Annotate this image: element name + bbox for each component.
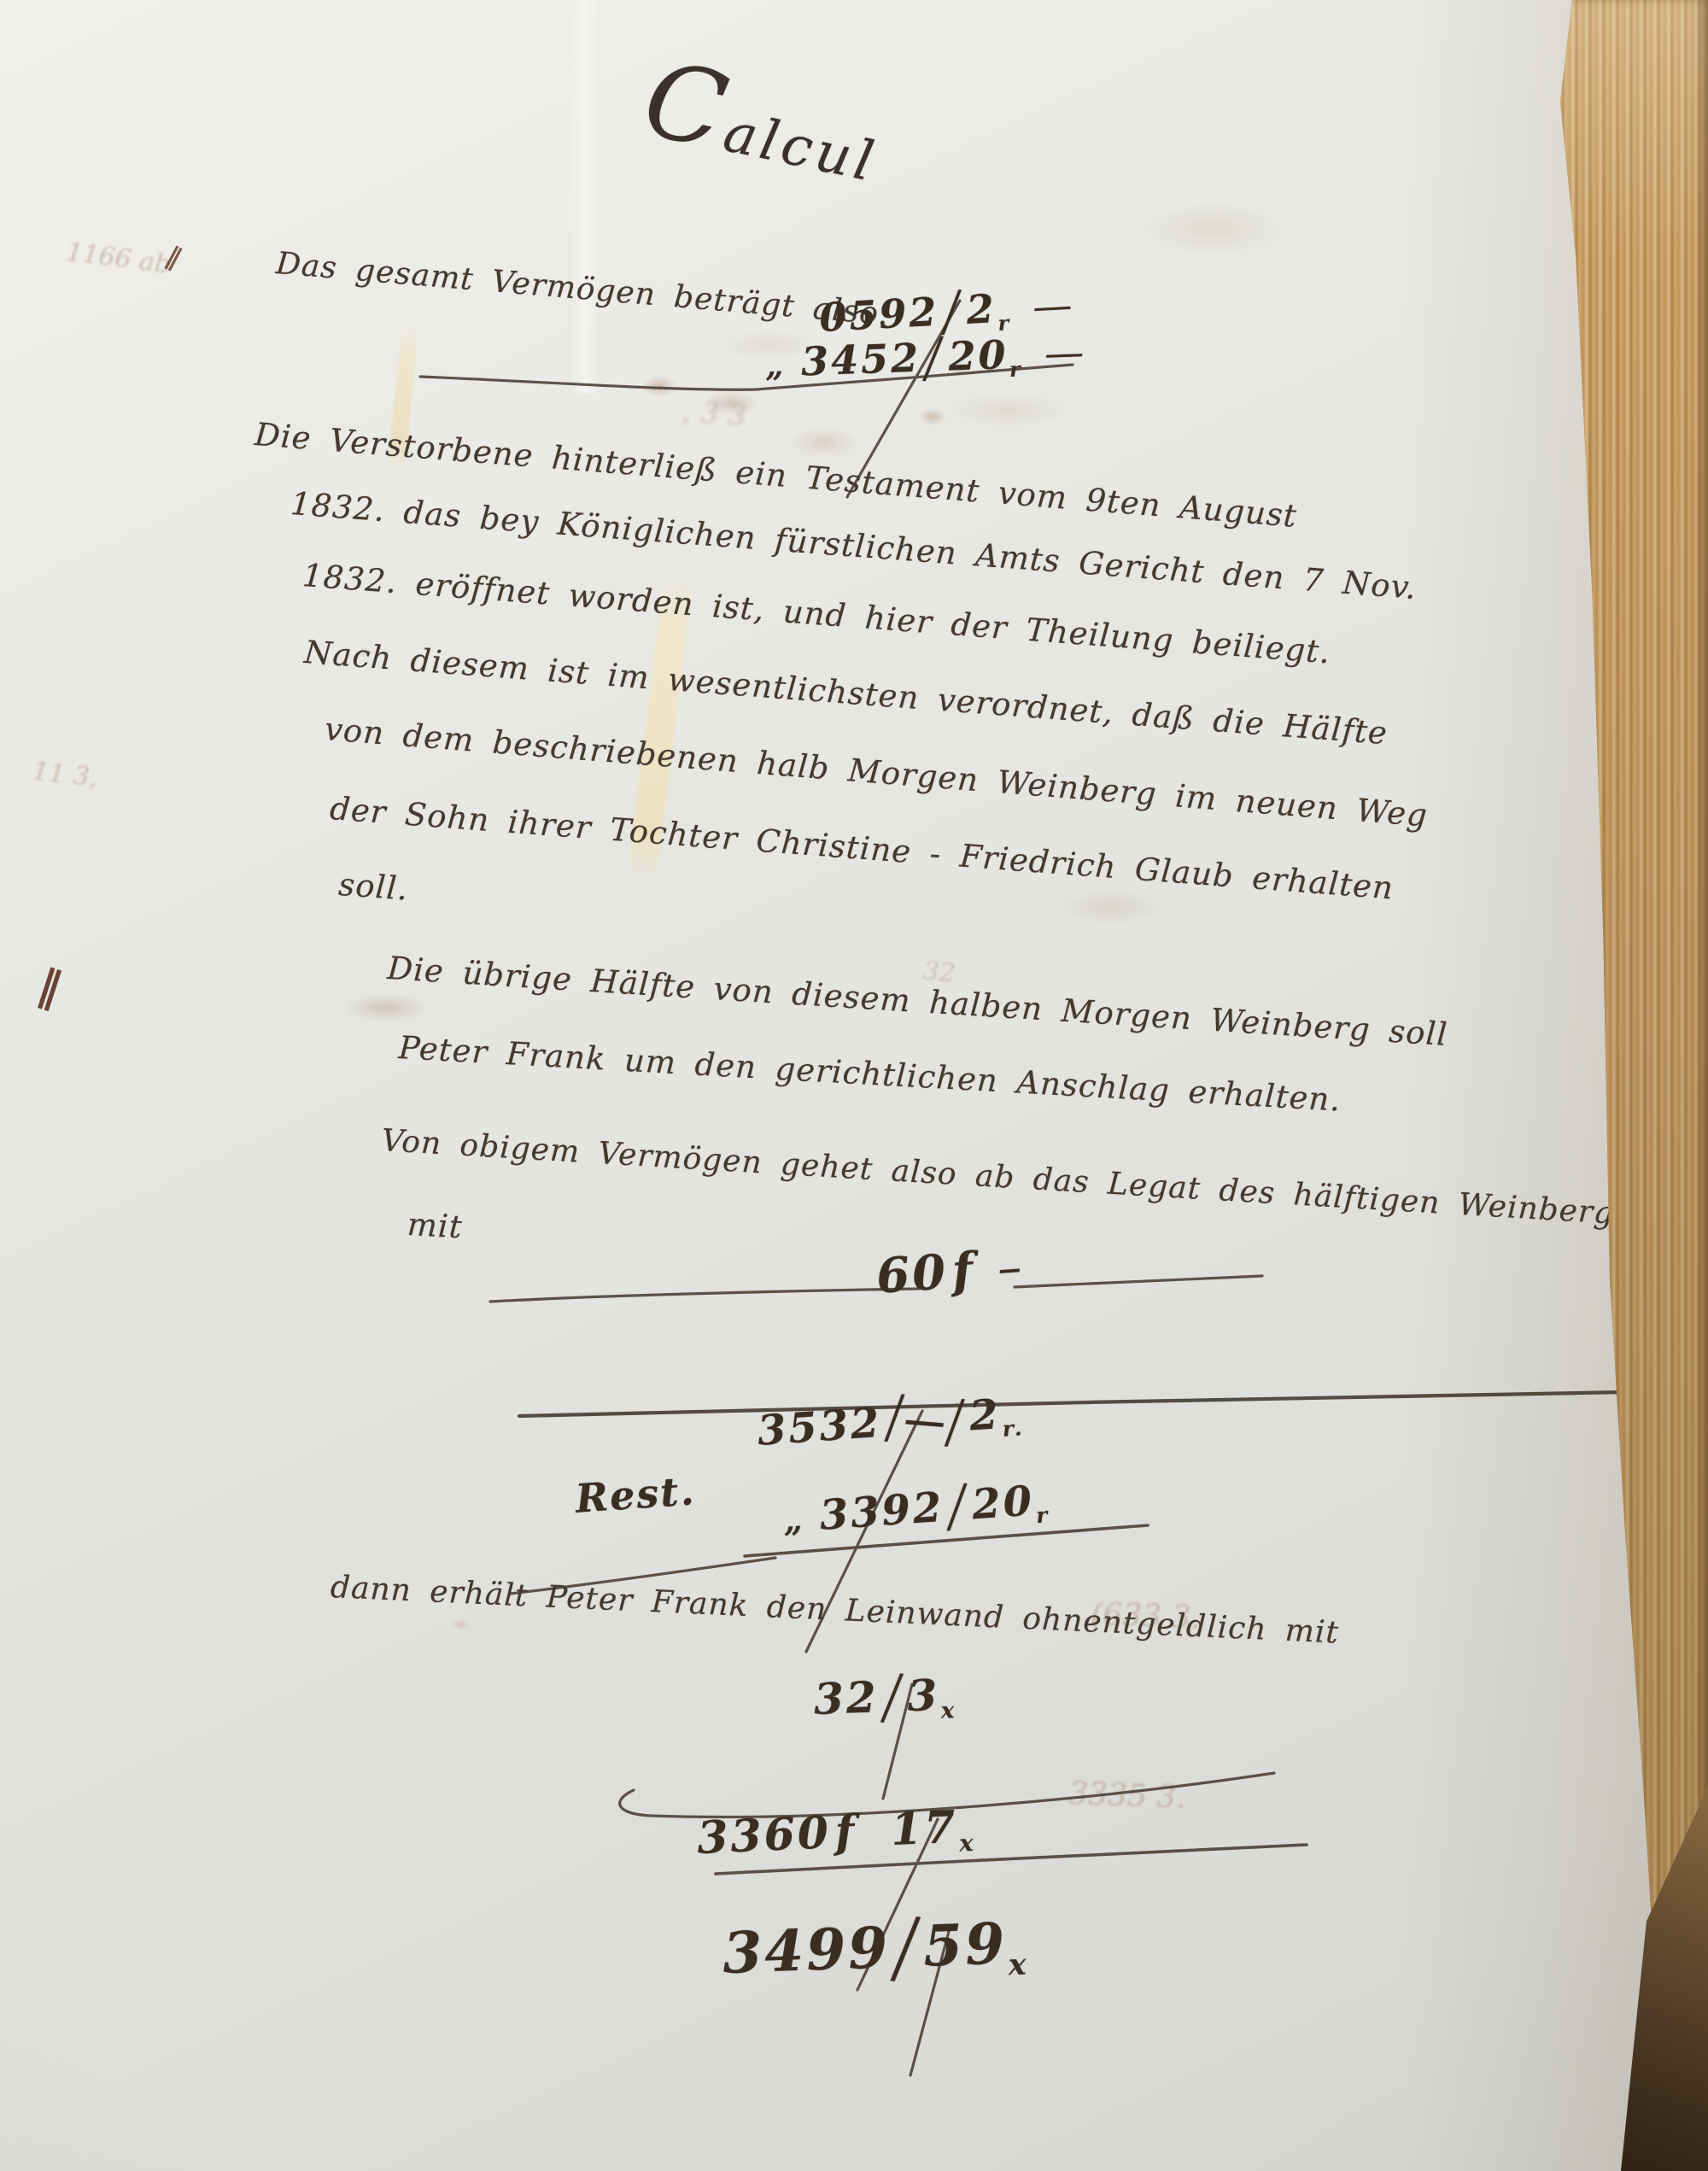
sum-bottom-separator: / xyxy=(926,323,944,391)
calc1-separator: / xyxy=(883,1660,903,1734)
manuscript-page: 1166 ab 11 3, 32 (633 3. 3335 3. , 3 3 ‖… xyxy=(0,0,1708,2171)
haelfte-line-4: soll. xyxy=(337,866,410,908)
calc1-gulden: 32 xyxy=(813,1671,880,1724)
sum-top-dash: — xyxy=(1032,282,1073,330)
legat-amount: 60f– xyxy=(874,1238,1023,1305)
calc-result: 3499/59x xyxy=(722,1910,1029,1993)
rest-bottom-unit: r xyxy=(1035,1502,1050,1528)
rest-top-kreuzer: 2 xyxy=(968,1390,1002,1440)
sum-top-gulden: 0592 xyxy=(818,289,940,341)
legat-line-2: mit xyxy=(407,1206,464,1245)
paper-crease xyxy=(570,0,600,393)
bleedthrough-smudge: , 3 3 xyxy=(681,395,747,433)
sum-bottom-unit: r xyxy=(1009,357,1024,382)
rest-bottom-gulden: 3392 xyxy=(818,1483,945,1540)
paper-background: 1166 ab 11 3, 32 (633 3. 3335 3. , 3 3 ‖… xyxy=(0,0,1708,2171)
sum-bottom-dash: — xyxy=(1044,329,1085,377)
sum-bottom-kreuzer: 20 xyxy=(948,331,1009,379)
result-kreuzer: 59 xyxy=(922,1910,1009,1979)
sum-top-kreuzer: 2 xyxy=(965,285,997,333)
rest-top-gulden: 3532 xyxy=(756,1399,883,1455)
stroke-legat-dash-right xyxy=(1015,1276,1262,1287)
result-unit: x xyxy=(1008,1947,1029,1982)
calc1-kreuzer: 3 xyxy=(906,1670,940,1721)
legat-unit: f xyxy=(951,1242,978,1300)
calc-line-1: 32/3x xyxy=(813,1669,957,1729)
legat-dash: – xyxy=(996,1239,1023,1296)
rest-top: 3532/—/2r. xyxy=(756,1389,1025,1459)
calc1-unit: x xyxy=(940,1699,957,1725)
calc2-unit-f: f xyxy=(834,1805,858,1858)
rest-bottom-kreuzer: 20 xyxy=(970,1477,1036,1529)
uebrige-line-2: Peter Frank um den gerichtlichen Anschla… xyxy=(398,1029,1342,1119)
leinwand-line: dann erhält Peter Frank den Leinwand ohn… xyxy=(330,1570,1340,1651)
sum-total-bottom-struck: „3452/20r— xyxy=(764,329,1085,390)
stroke-section-rule xyxy=(519,1392,1624,1416)
rest-top-unit: r. xyxy=(1002,1415,1026,1442)
sum-bottom-gulden: 3452 xyxy=(800,335,921,385)
margin-mark-mid-left: ‖ xyxy=(32,958,68,1013)
calc-line-2-struck: 3360f17x xyxy=(696,1800,976,1869)
rest-bottom-struck: „3392/20r xyxy=(781,1476,1050,1546)
rest-top-separator: /—/ xyxy=(887,1382,964,1457)
legat-gulden: 60 xyxy=(874,1243,950,1305)
stroke-legat-dash-left xyxy=(490,1289,919,1302)
rest-label: Rest. xyxy=(574,1467,697,1522)
calc2-unit: x xyxy=(959,1830,976,1858)
rest-bottom-quote: „ xyxy=(782,1501,806,1541)
legat-line-1: Von obigem Vermögen gehet also ab das Le… xyxy=(381,1123,1632,1232)
calc2-gulden: 3360 xyxy=(696,1806,832,1864)
bleedthrough-top-left: 1166 ab xyxy=(65,237,173,280)
result-gulden: 3499 xyxy=(722,1914,891,1987)
result-separator: / xyxy=(894,1899,919,1996)
bleedthrough-mid-left: 11 3, xyxy=(31,757,99,793)
sum-bottom-quote: „ xyxy=(764,346,787,384)
calc2-kreuzer: 17 xyxy=(890,1801,959,1856)
bleedthrough-right-bottom: 3335 3. xyxy=(1068,1776,1187,1816)
page-title: Calcul xyxy=(634,38,892,206)
rest-bottom-separator: / xyxy=(950,1471,966,1542)
